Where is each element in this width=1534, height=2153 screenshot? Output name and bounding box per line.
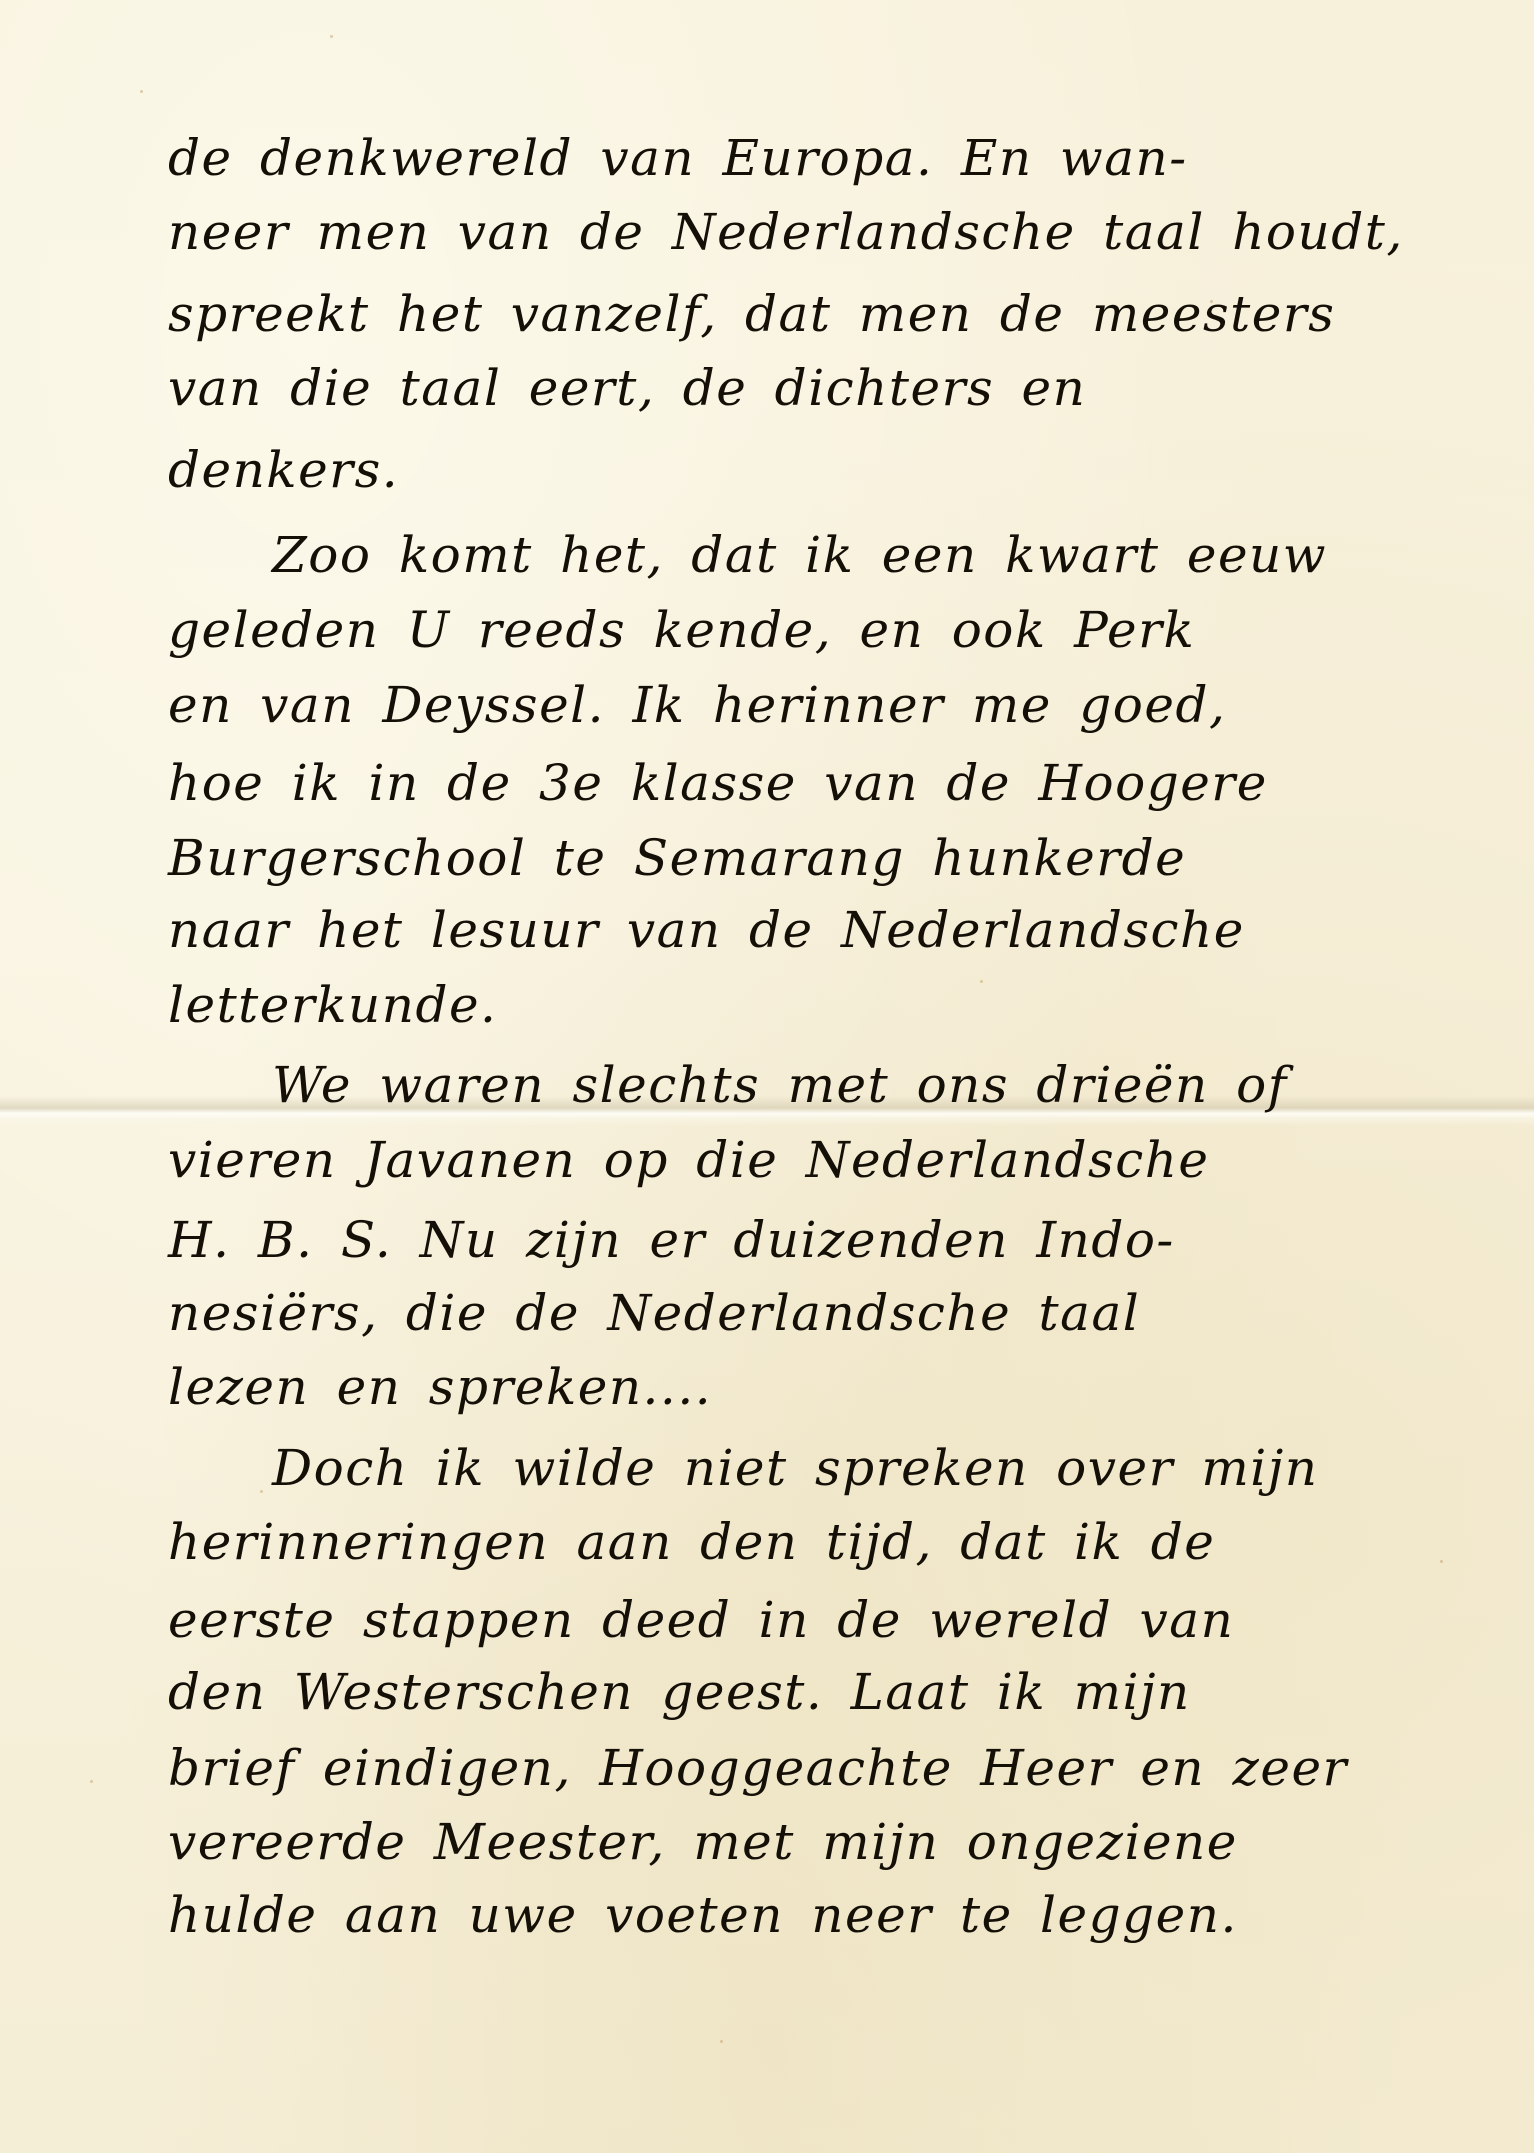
- text-line: vereerde Meester, met mijn ongeziene: [168, 1812, 1238, 1872]
- text-line: Doch ik wilde niet spreken over mijn: [272, 1438, 1319, 1498]
- text-line: Zoo komt het, dat ik een kwart eeuw: [272, 525, 1327, 585]
- handwritten-text-body: de denkwereld van Europa. En wan- neer m…: [0, 0, 1534, 2153]
- text-line: hoe ik in de 3e klasse van de Hoogere: [168, 753, 1268, 813]
- text-line: naar het lesuur van de Nederlandsche: [168, 900, 1245, 960]
- text-line: de denkwereld van Europa. En wan-: [168, 128, 1188, 188]
- text-line: herinneringen aan den tijd, dat ik de: [168, 1512, 1215, 1572]
- text-line: letterkunde.: [168, 975, 497, 1035]
- text-line: hulde aan uwe voeten neer te leggen.: [168, 1885, 1238, 1945]
- text-line: geleden U reeds kende, en ook Perk: [168, 600, 1195, 660]
- text-line: nesiërs, die de Nederlandsche taal: [168, 1283, 1140, 1343]
- letter-page: de denkwereld van Europa. En wan- neer m…: [0, 0, 1534, 2153]
- text-line: en van Deyssel. Ik herinner me goed,: [168, 675, 1226, 735]
- text-line: lezen en spreken....: [168, 1357, 712, 1417]
- text-line: spreekt het vanzelf, dat men de meesters: [168, 284, 1335, 344]
- text-line: vieren Javanen op die Nederlandsche: [168, 1130, 1210, 1190]
- text-line: brief eindigen, Hooggeachte Heer en zeer: [168, 1738, 1348, 1798]
- text-line: We waren slechts met ons drieën of: [272, 1055, 1288, 1115]
- text-line: H. B. S. Nu zijn er duizenden Indo-: [168, 1210, 1175, 1270]
- text-line: Burgerschool te Semarang hunkerde: [168, 828, 1186, 888]
- text-line: neer men van de Nederlandsche taal houdt…: [168, 202, 1404, 262]
- text-line: denkers.: [168, 440, 399, 500]
- text-line: van die taal eert, de dichters en: [168, 358, 1086, 418]
- text-line: eerste stappen deed in de wereld van: [168, 1590, 1234, 1650]
- text-line: den Westerschen geest. Laat ik mijn: [168, 1662, 1191, 1722]
